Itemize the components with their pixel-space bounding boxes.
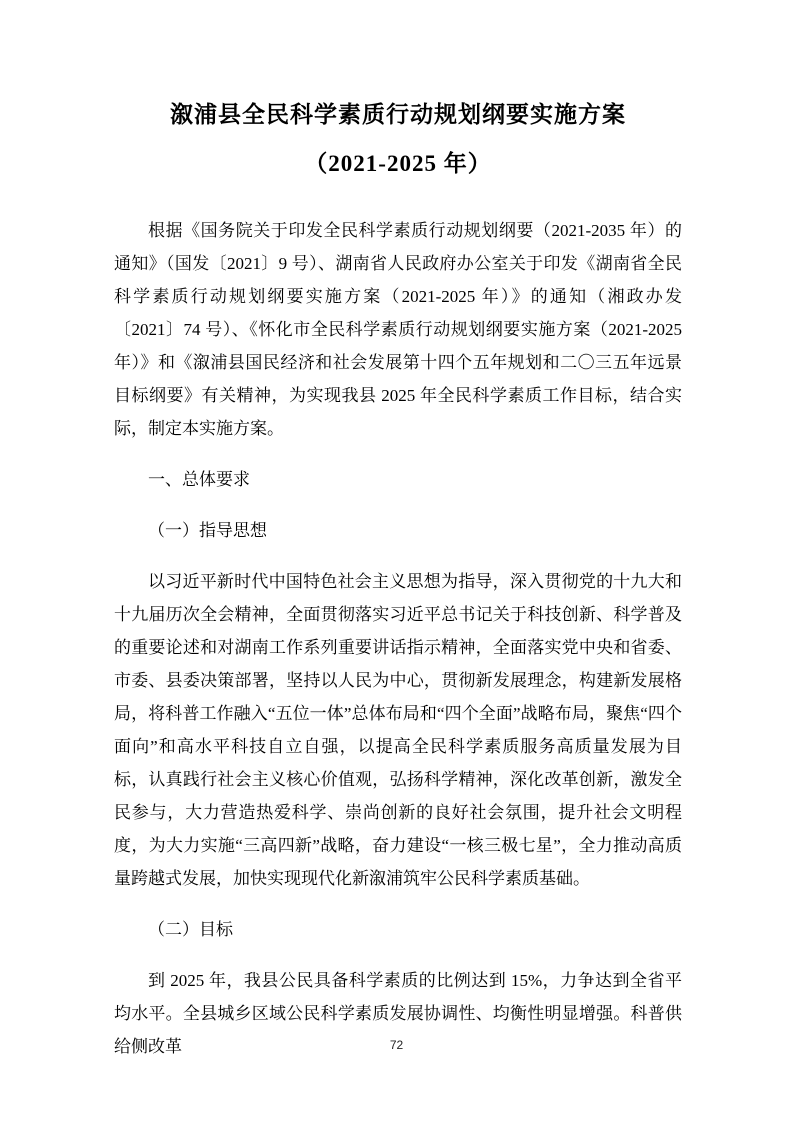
paragraph-intro: 根据《国务院关于印发全民科学素质行动规划纲要（2021-2035 年）的通知》（… <box>114 214 682 445</box>
doc-subtitle: （2021-2025 年） <box>114 139 682 188</box>
title-block: 溆浦县全民科学素质行动规划纲要实施方案 （2021-2025 年） <box>114 90 682 188</box>
heading-overall-requirements: 一、总体要求 <box>114 463 682 496</box>
document-page: 溆浦县全民科学素质行动规划纲要实施方案 （2021-2025 年） 根据《国务院… <box>0 0 793 1122</box>
page-number: 72 <box>0 1038 793 1052</box>
document-content: 溆浦县全民科学素质行动规划纲要实施方案 （2021-2025 年） 根据《国务院… <box>0 0 793 1063</box>
doc-title: 溆浦县全民科学素质行动规划纲要实施方案 <box>114 90 682 139</box>
heading-guiding-thought: （一）指导思想 <box>114 514 682 547</box>
paragraph-guiding-thought: 以习近平新时代中国特色社会主义思想为指导，深入贯彻党的十九大和十九届历次全会精神… <box>114 565 682 895</box>
heading-goals: （二）目标 <box>114 913 682 946</box>
